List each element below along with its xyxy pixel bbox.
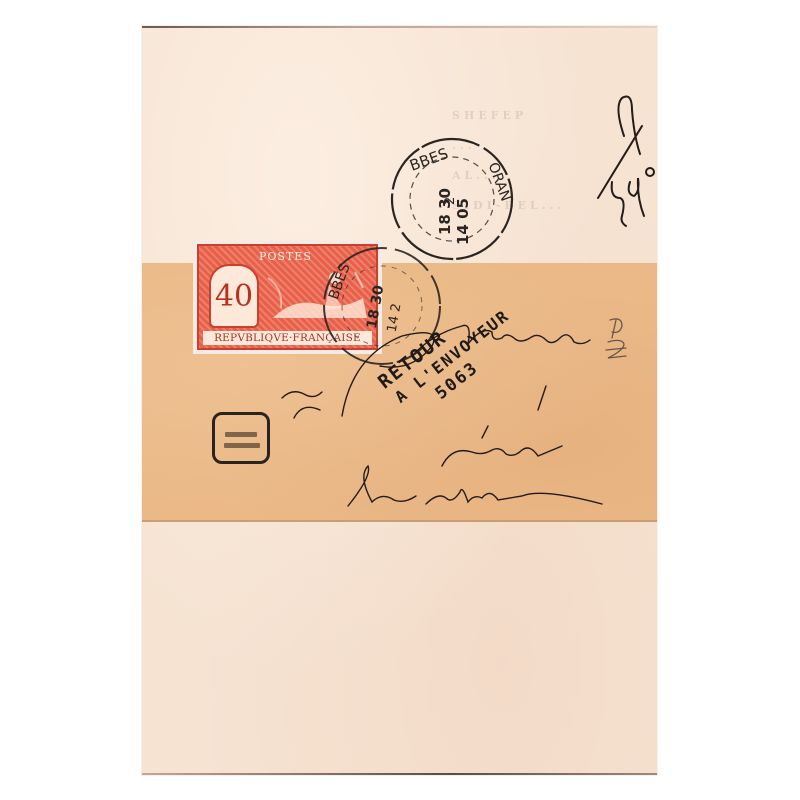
stamp-design: POSTES 40 REPVBLIQVE·FRANÇAISE [197, 244, 378, 350]
boxed-cachet-text [225, 432, 257, 437]
postal-cover: SHEFEP ... AL... SIDI-BEL... POSTES 40 R… [142, 26, 657, 775]
printed-line: ... [452, 131, 565, 161]
printed-line: SHEFEP [452, 101, 565, 131]
allegorical-figure-icon [263, 268, 373, 323]
band-edge [142, 520, 657, 522]
svg-text:BBES: BBES [407, 144, 450, 174]
boxed-cachet-text [224, 443, 260, 448]
printed-line: SIDI-BEL... [452, 191, 565, 221]
printed-header-faint: SHEFEP ... AL... SIDI-BEL... [452, 101, 565, 221]
stamp-value-cartouche: 40 [209, 264, 259, 328]
stamp-value: 40 [215, 279, 253, 314]
boxed-cachet [212, 412, 270, 464]
stamp-country: REPVBLIQVE·FRANÇAISE [203, 331, 372, 345]
cover-top-edge [142, 26, 657, 28]
cover-bottom-edge [142, 773, 657, 775]
printed-line: AL... [452, 161, 565, 191]
postage-stamp: POSTES 40 REPVBLIQVE·FRANÇAISE [193, 240, 382, 354]
stamp-header: POSTES [259, 250, 312, 263]
handwritten-rate [598, 97, 654, 227]
